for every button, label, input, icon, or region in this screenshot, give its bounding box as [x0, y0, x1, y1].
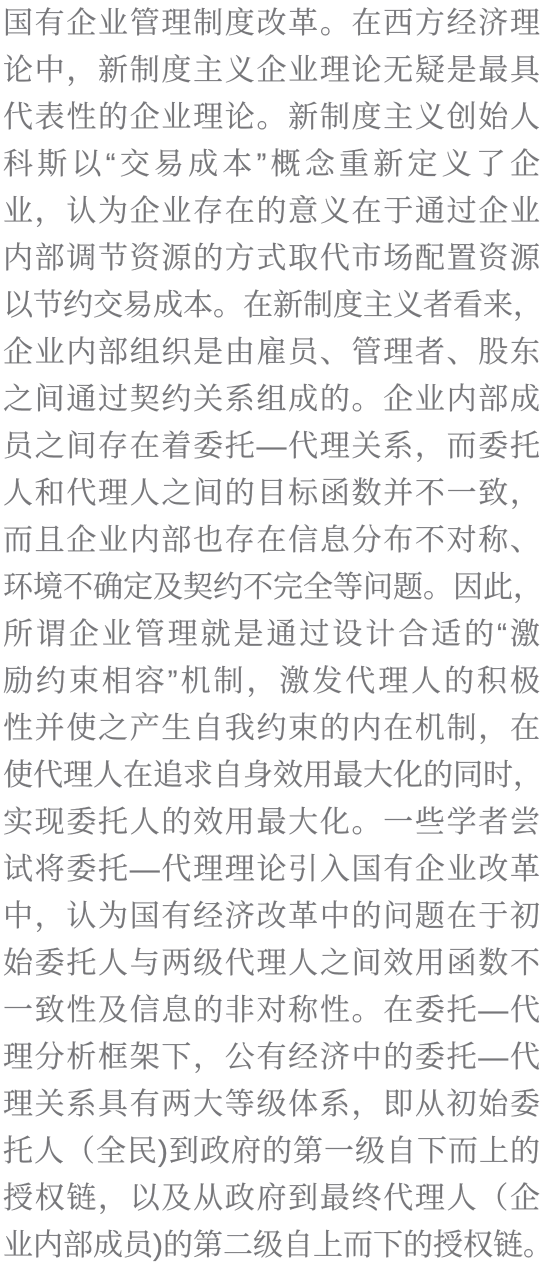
text-line: 理关系具有两大等级体系，即从初始委 [3, 1081, 540, 1128]
text-line: 理分析框架下，公有经济中的委托—代 [3, 1034, 540, 1081]
text-line: 以节约交易成本。在新制度主义者看来， [3, 282, 540, 329]
text-line: 所谓企业管理就是通过设计合适的“激 [3, 611, 540, 658]
text-line: 始委托人与两级代理人之间效用函数不 [3, 940, 540, 987]
ebook-page: 国有企业管理制度改革。在西方经济理 论中，新制度主义企业理论无疑是最具 代表性的… [0, 0, 555, 1270]
text-line: 励约束相容”机制，激发代理人的积极 [3, 658, 540, 705]
text-line: 企业内部组织是由雇员、管理者、股东 [3, 329, 540, 376]
text-line: 中，认为国有经济改革中的问题在于初 [3, 893, 540, 940]
text-line: 使代理人在追求自身效用最大化的同时， [3, 752, 540, 799]
text-line: 内部调节资源的方式取代市场配置资源 [3, 235, 540, 282]
text-line: 业内部成员)的第二级自上而下的授权链。 [3, 1222, 540, 1269]
text-line: 员之间存在着委托—代理关系，而委托 [3, 423, 540, 470]
text-line: 一致性及信息的非对称性。在委托—代 [3, 987, 540, 1034]
text-line: 环境不确定及契约不完全等问题。因此， [3, 564, 540, 611]
text-line: 性并使之产生自我约束的内在机制，在 [3, 705, 540, 752]
text-line: 人和代理人之间的目标函数并不一致， [3, 470, 540, 517]
text-line: 论中，新制度主义企业理论无疑是最具 [3, 47, 540, 94]
text-line: 试将委托—代理理论引入国有企业改革 [3, 846, 540, 893]
text-line: 科斯以“交易成本”概念重新定义了企 [3, 141, 540, 188]
text-line: 国有企业管理制度改革。在西方经济理 [3, 0, 540, 47]
text-line: 之间通过契约关系组成的。企业内部成 [3, 376, 540, 423]
text-line: 托人（全民)到政府的第一级自下而上的 [3, 1128, 540, 1175]
text-line: 代表性的企业理论。新制度主义创始人 [3, 94, 540, 141]
text-line: 而且企业内部也存在信息分布不对称、 [3, 517, 540, 564]
text-line: 实现委托人的效用最大化。一些学者尝 [3, 799, 540, 846]
text-line: 业，认为企业存在的意义在于通过企业 [3, 188, 540, 235]
text-line: 授权链，以及从政府到最终代理人（企 [3, 1175, 540, 1222]
